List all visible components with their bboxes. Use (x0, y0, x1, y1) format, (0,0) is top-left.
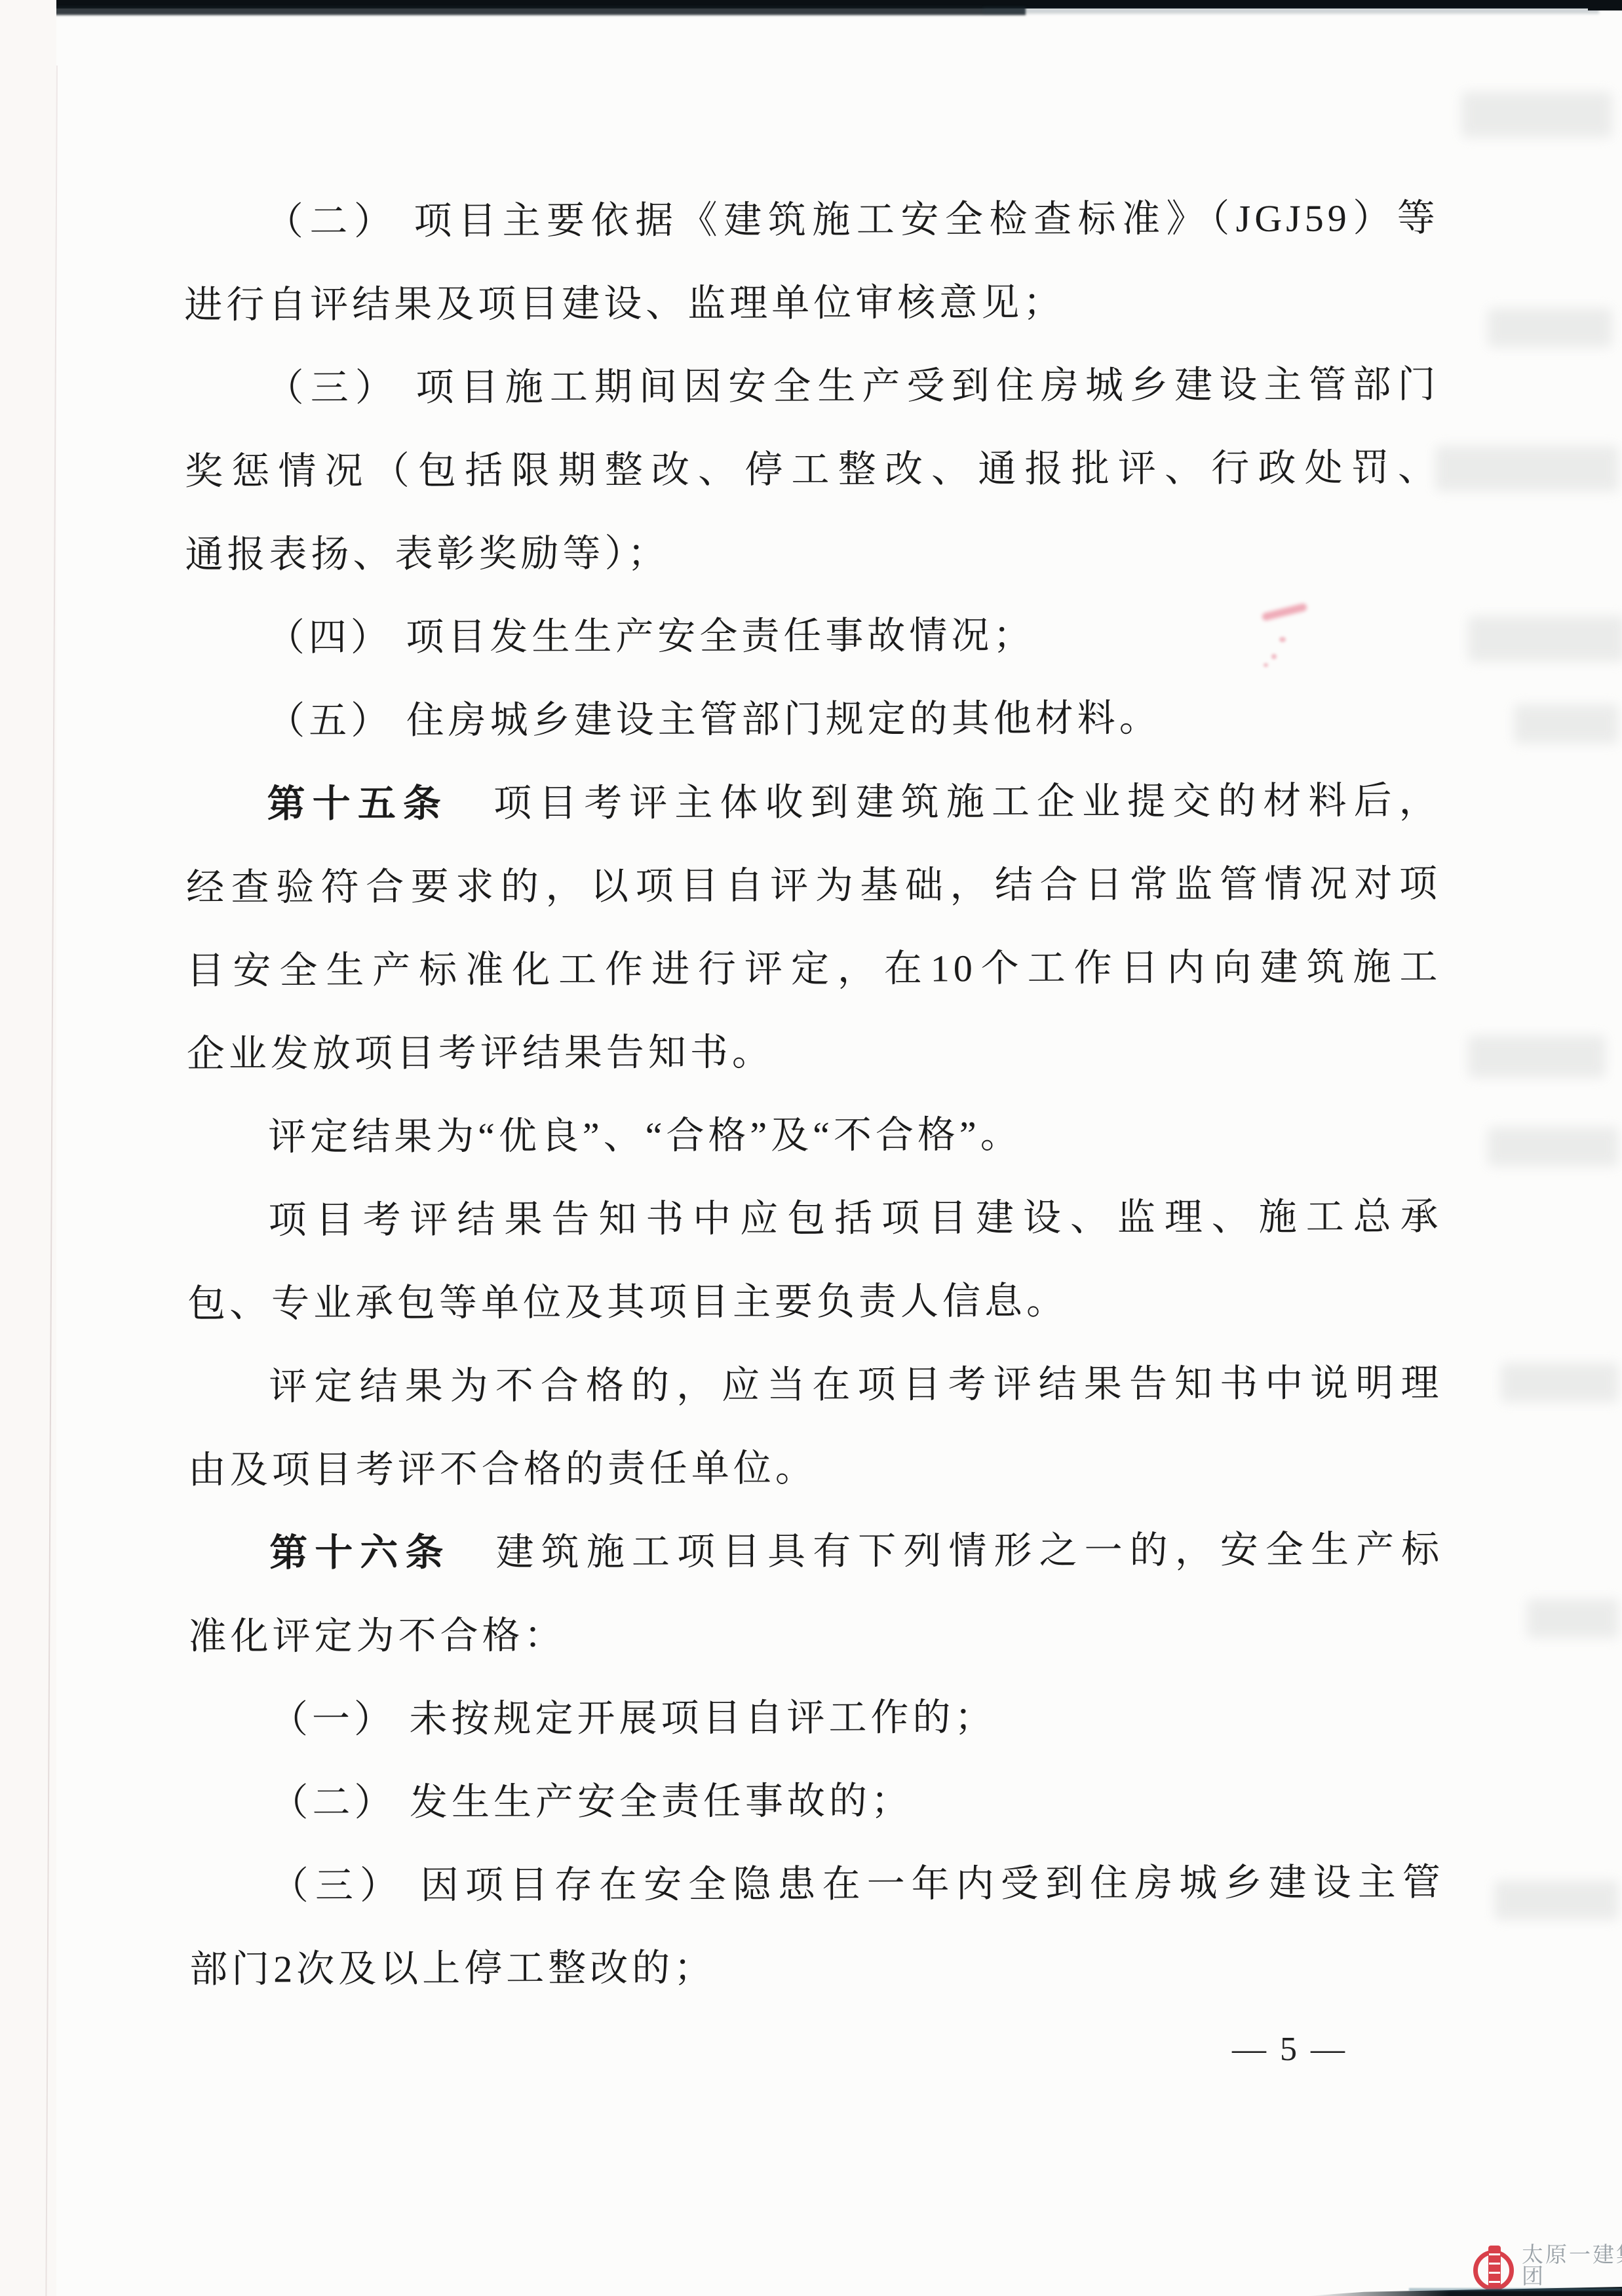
line-text: （二） 项目主要依据《建筑施工安全检查标准》（JGJ59）等 (265, 197, 1439, 243)
text-line: 由及项目考评不合格的责任单位。 (188, 1425, 1443, 1512)
line-text: 通报表扬、表彰奖励等）； (185, 532, 669, 576)
line-text: 奖惩情况（包括限期整改、停工整改、通报批评、行政处罚、 (185, 446, 1440, 493)
line-text: 经查验符合要求的，以项目自评为基础，结合日常监管情况对项 (186, 862, 1441, 909)
scanner-edge-artifact (0, 7, 1026, 15)
text-line: 评定结果为不合格的，应当在项目考评结果告知书中说明理 (187, 1341, 1442, 1428)
text-line: 准化评定为不合格： (188, 1591, 1443, 1678)
text-line: （二） 发生生产安全责任事故的； (189, 1757, 1444, 1845)
scanner-edge-artifact (983, 8, 1599, 14)
line-text: 目安全生产标准化工作进行评定，在10个工作日内向建筑施工 (186, 946, 1441, 992)
text-block: （二） 项目主要依据《建筑施工安全检查标准》（JGJ59）等进行自评结果及项目建… (184, 176, 1445, 2011)
document-page: （二） 项目主要依据《建筑施工安全检查标准》（JGJ59）等进行自评结果及项目建… (0, 0, 1622, 2296)
line-text: 由及项目考评不合格的责任单位。 (188, 1447, 817, 1491)
line-text: （二） 发生生产安全责任事故的； (270, 1780, 913, 1824)
text-line: （一） 未按规定开展项目自评工作的； (189, 1674, 1444, 1761)
bleedthrough-artifact (1488, 308, 1612, 347)
line-text: 建筑施工项目具有下列情形之一的，安全生产标 (450, 1528, 1443, 1574)
text-line: （二） 项目主要依据《建筑施工安全检查标准》（JGJ59）等 (184, 176, 1439, 263)
line-text: 部门2次及以上停工整改的； (189, 1946, 716, 1991)
bleedthrough-artifact (1494, 1881, 1619, 1920)
text-line: 经查验符合要求的，以项目自评为基础，结合日常监管情况对项 (186, 842, 1441, 929)
page-number: — 5 — (1211, 2030, 1368, 2069)
text-line: 目安全生产标准化工作进行评定，在10个工作日内向建筑施工 (186, 925, 1441, 1012)
line-text: （三） 项目施工期间因安全生产受到住房城乡建设主管部门 (266, 363, 1440, 410)
line-text: 评定结果为“优良”、“合格”及“不合格”。 (268, 1113, 1022, 1158)
taiyuan-group-logo-icon (1473, 2250, 1514, 2291)
bleedthrough-artifact (1468, 1035, 1606, 1078)
article-number: 第十五条 (267, 782, 449, 826)
line-text: （三） 因项目存在安全隐患在一年内受到住房城乡建设主管 (271, 1861, 1444, 1907)
line-text: （五） 住房城乡建设主管部门规定的其他材料。 (267, 697, 1161, 742)
text-line: （四） 项目发生生产安全责任事故情况； (185, 592, 1440, 679)
bleedthrough-artifact (1501, 1363, 1619, 1402)
bleedthrough-artifact (1527, 1599, 1619, 1638)
text-line: 包、专业承包等单位及其项目主要负责人信息。 (187, 1258, 1442, 1345)
text-line: 项目考评结果告知书中应包括项目建设、监理、施工总承 (187, 1175, 1442, 1262)
bleedthrough-artifact (1435, 446, 1619, 491)
text-line: （三） 因项目存在安全隐患在一年内受到住房城乡建设主管 (189, 1841, 1444, 1928)
line-text: 准化评定为不合格： (188, 1614, 566, 1658)
line-text: 包、专业承包等单位及其项目主要负责人信息。 (187, 1280, 1068, 1325)
bleedthrough-artifact (1468, 616, 1622, 662)
text-line: 企业发放项目考评结果告知书。 (187, 1008, 1442, 1096)
bleedthrough-artifact (1488, 1127, 1619, 1166)
line-text: 企业发放项目考评结果告知书。 (187, 1031, 774, 1075)
line-text: （四） 项目发生生产安全责任事故情况； (267, 614, 1035, 659)
scanner-edge-artifact (1409, 2288, 1622, 2291)
line-text: 进行自评结果及项目建设、监理单位审核意见； (184, 281, 1065, 326)
text-line: 第十六条 建筑施工项目具有下列情形之一的，安全生产标 (188, 1508, 1443, 1595)
bleedthrough-artifact (1514, 704, 1619, 744)
line-text: 项目考评结果告知书中应包括项目建设、监理、施工总承 (269, 1195, 1442, 1242)
logo-text-cn: 太原一建集团 (1522, 2244, 1622, 2287)
text-line: 通报表扬、表彰奖励等）； (185, 509, 1440, 596)
text-line: 部门2次及以上停工整改的； (189, 1924, 1444, 2011)
line-text: 评定结果为不合格的，应当在项目考评结果告知书中说明理 (269, 1362, 1442, 1408)
text-line: 进行自评结果及项目建设、监理单位审核意见； (184, 259, 1439, 347)
article-number: 第十六条 (269, 1531, 451, 1575)
bleedthrough-artifact (1461, 92, 1612, 138)
line-text: （一） 未按规定开展项目自评工作的； (270, 1696, 997, 1740)
text-line: 奖惩情况（包括限期整改、停工整改、通报批评、行政处罚、 (185, 426, 1440, 513)
text-line: （五） 住房城乡建设主管部门规定的其他材料。 (185, 676, 1440, 763)
text-line: （三） 项目施工期间因安全生产受到住房城乡建设主管部门 (184, 343, 1439, 430)
text-line: 第十五条 项目考评主体收到建筑施工企业提交的材料后， (185, 759, 1440, 846)
scanner-edge-artifact (1588, 0, 1622, 10)
line-text: 项目考评主体收到建筑施工企业提交的材料后， (448, 779, 1441, 825)
text-line: 评定结果为“优良”、“合格”及“不合格”。 (187, 1092, 1442, 1179)
